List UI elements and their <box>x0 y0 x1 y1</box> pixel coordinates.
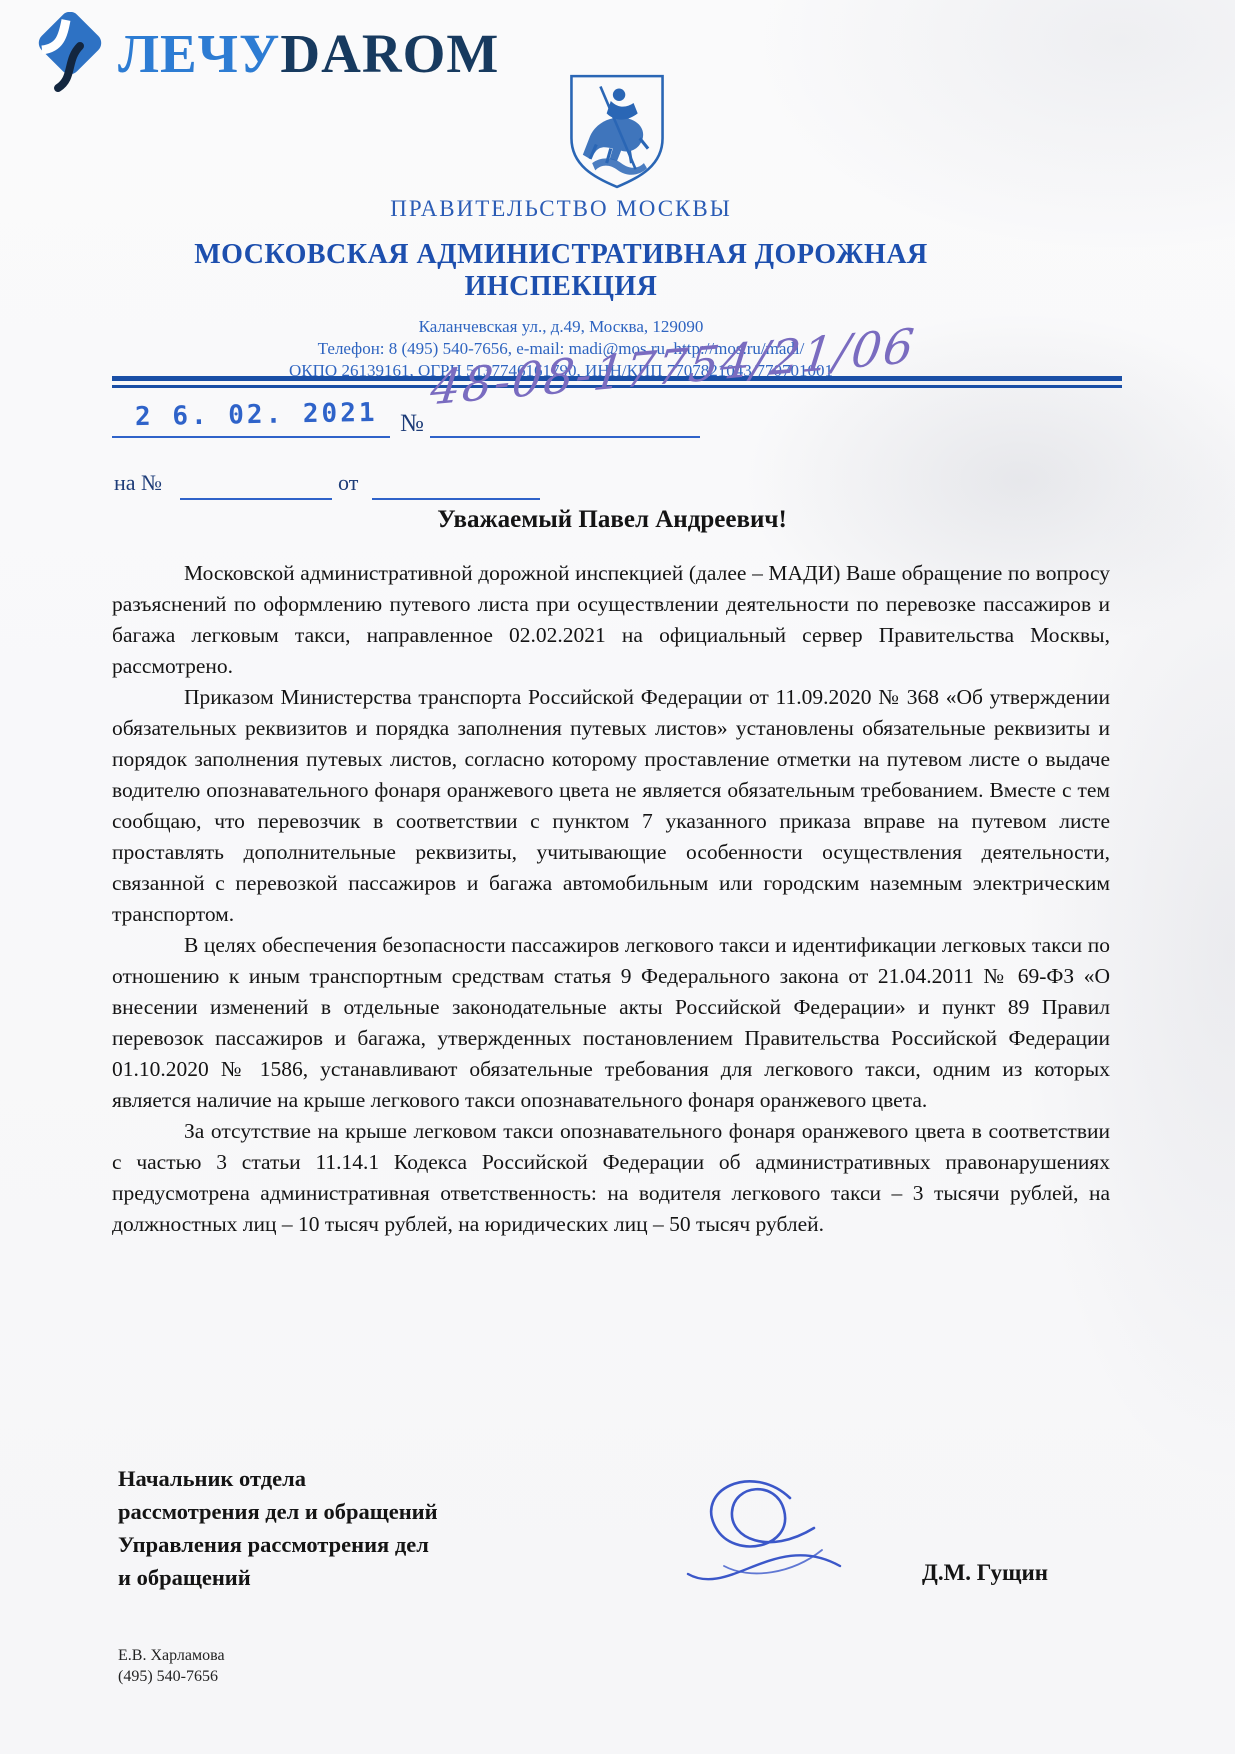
date-stamp: 2 6. 02. 2021 <box>135 398 378 432</box>
moscow-coat-of-arms-icon <box>560 72 674 190</box>
reply-to-number-label: на № <box>114 470 162 496</box>
position-line: и обращений <box>118 1561 438 1594</box>
executor-block: Е.В. Харламова (495) 540-7656 <box>118 1645 225 1687</box>
reply-date-underline <box>372 498 540 500</box>
paragraph-3: В целях обеспечения безопасности пассажи… <box>112 930 1110 1116</box>
handwritten-signature <box>672 1470 857 1610</box>
logo-text-darom: DAROM <box>280 23 499 84</box>
reply-number-underline <box>180 498 332 500</box>
scanned-letter-page: ЛЕЧУDAROM ПРАВИТЕЛЬСТВО МОСКВЫ МОСКОВСКА… <box>0 0 1235 1754</box>
number-underline <box>430 436 700 438</box>
logo-text: ЛЕЧУDAROM <box>118 26 499 81</box>
executor-phone: (495) 540-7656 <box>118 1666 225 1687</box>
position-line: Управления рассмотрения дел <box>118 1528 438 1561</box>
salutation: Уважаемый Павел Андреевич! <box>112 506 1112 534</box>
government-title: ПРАВИТЕЛЬСТВО МОСКВЫ <box>112 196 1010 222</box>
paragraph-1: Московской административной дорожной инс… <box>112 558 1110 682</box>
letter-body: Московской административной дорожной инс… <box>112 558 1110 1240</box>
reply-from-label: от <box>338 470 358 496</box>
date-underline <box>112 436 390 438</box>
logo: ЛЕЧУDAROM <box>30 12 499 94</box>
executor-name: Е.В. Харламова <box>118 1645 225 1666</box>
signatory-name: Д.М. Гущин <box>922 1560 1048 1586</box>
position-line: Начальник отдела <box>118 1462 438 1495</box>
logo-road-icon <box>30 12 108 94</box>
signatory-position: Начальник отдела рассмотрения дел и обра… <box>118 1462 438 1594</box>
logo-text-lechu: ЛЕЧУ <box>118 23 280 84</box>
position-line: рассмотрения дел и обращений <box>118 1495 438 1528</box>
organization-name: МОСКОВСКАЯ АДМИНИСТРАТИВНАЯ ДОРОЖНАЯ ИНС… <box>112 239 1010 303</box>
number-label: № <box>400 410 424 438</box>
paragraph-2: Приказом Министерства транспорта Российс… <box>112 682 1110 930</box>
paragraph-4: За отсутствие на крыше легковом такси оп… <box>112 1116 1110 1240</box>
